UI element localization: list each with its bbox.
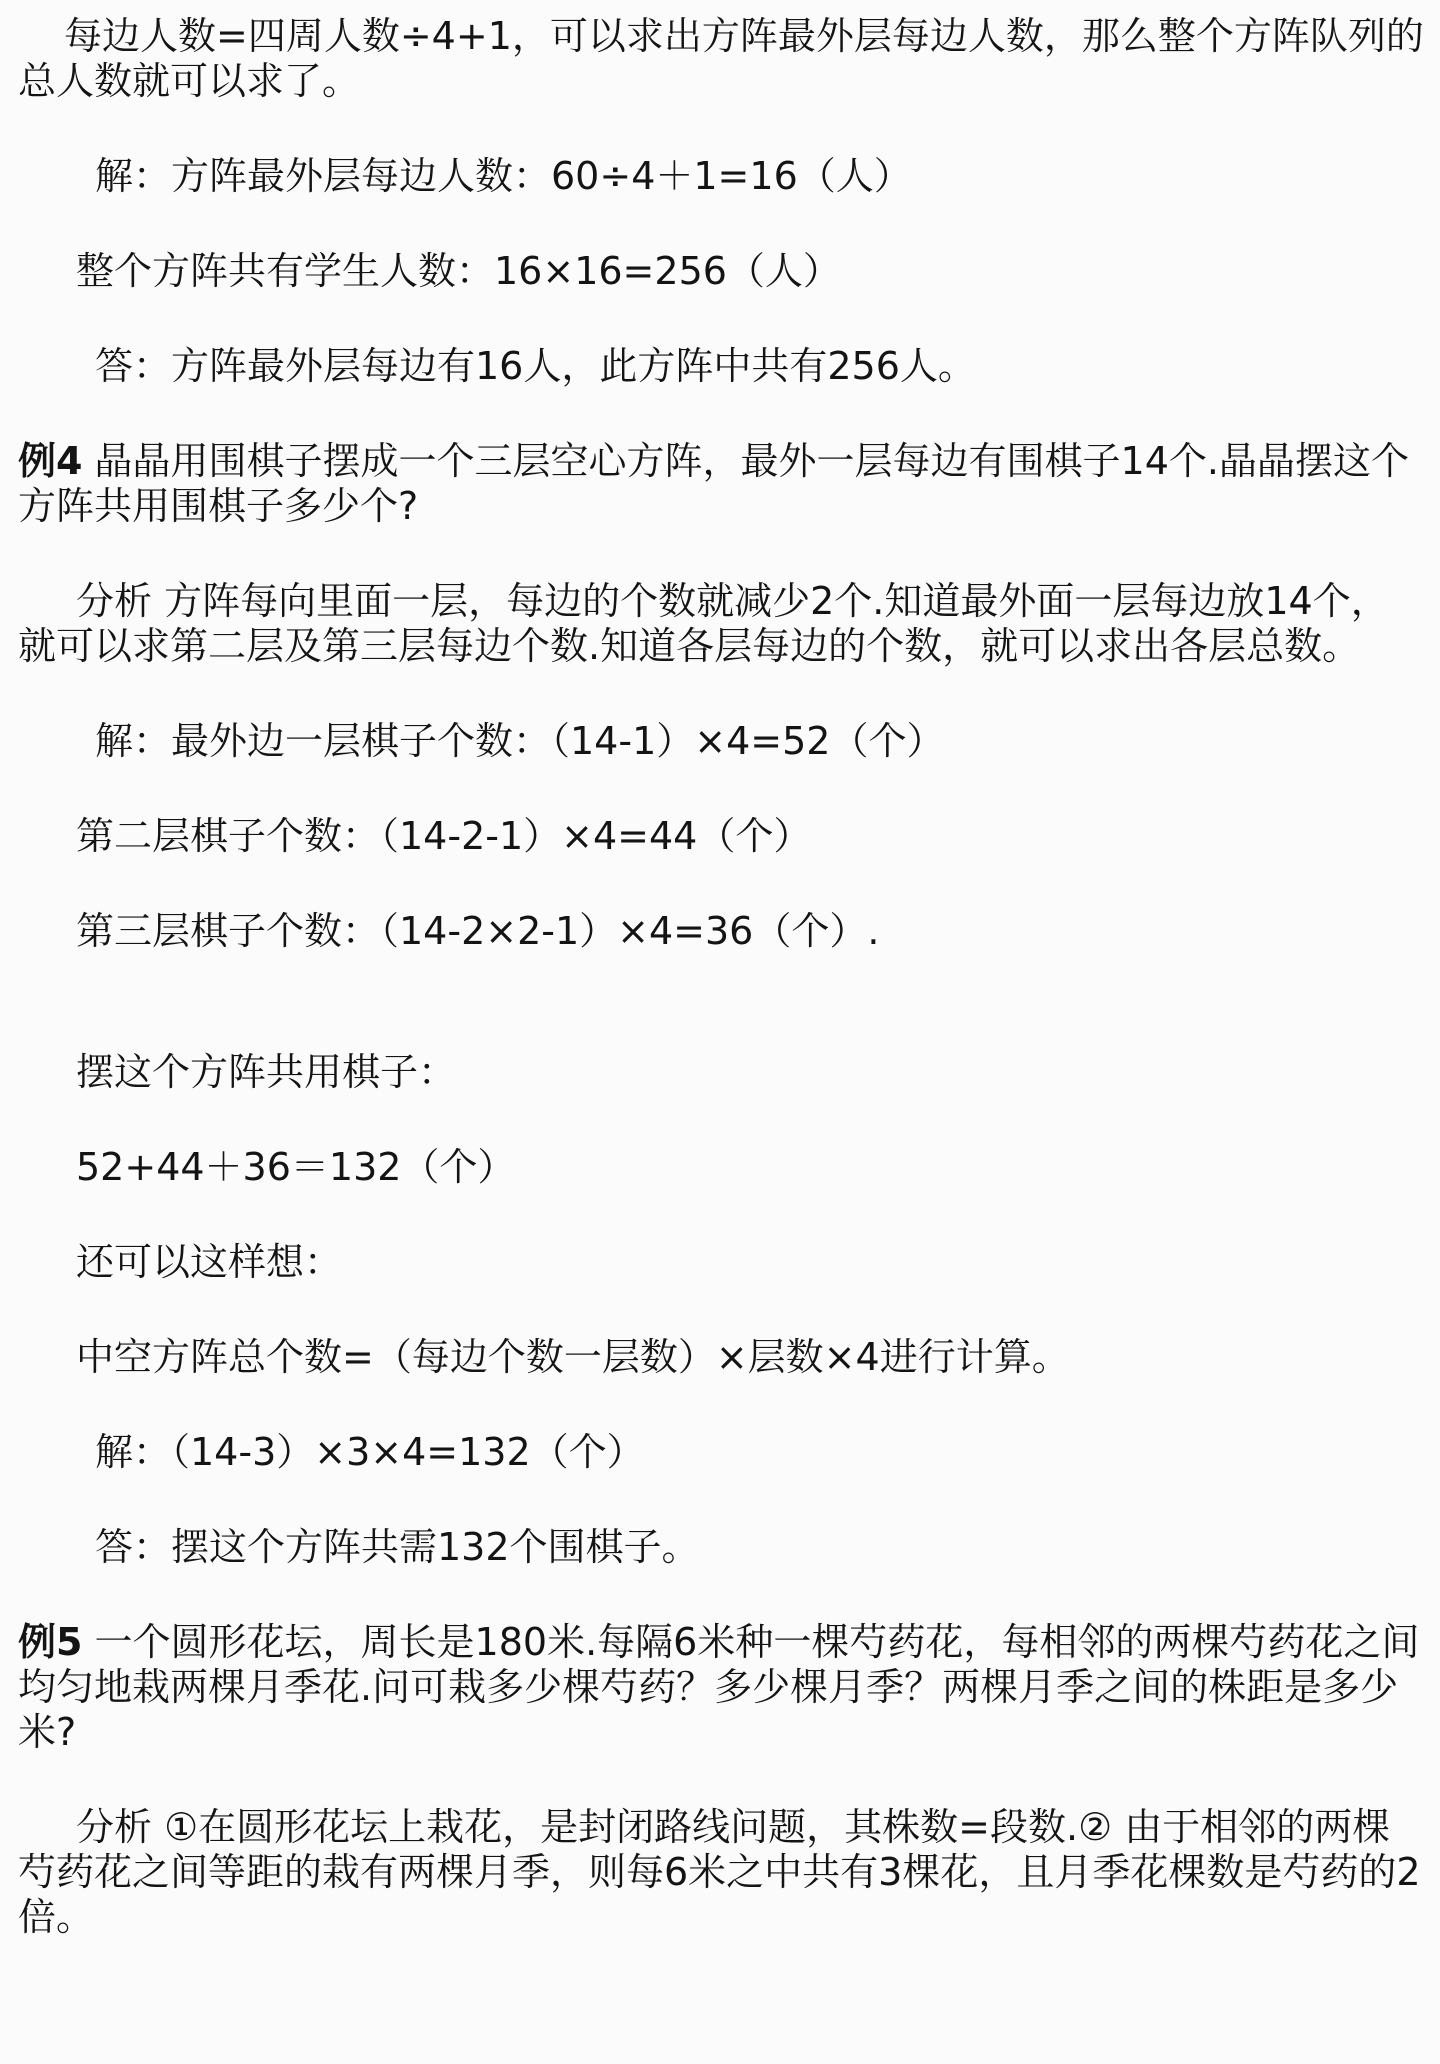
paragraph-text: 分析 方阵每向里面一层，每边的个数就减少2个.知道最外面一层每边放14个，就可以… (18, 579, 1389, 668)
paragraph-text: 解：方阵最外层每边人数：60÷4＋1=16（人） (95, 154, 912, 198)
paragraph-text: 分析 ①在圆形花坛上栽花，是封闭路线问题，其株数=段数.② 由于相邻的两棵芍药花… (18, 1805, 1421, 1939)
paragraph: 解：（14-3）×3×4=132（个） (18, 1430, 1424, 1475)
paragraph: 解：最外边一层棋子个数：（14-1）×4=52（个） (18, 719, 1424, 764)
paragraph: 分析 ①在圆形花坛上栽花，是封闭路线问题，其株数=段数.② 由于相邻的两棵芍药花… (18, 1805, 1424, 1940)
paragraph-text: 晶晶用围棋子摆成一个三层空心方阵，最外一层每边有围棋子14个.晶晶摆这个方阵共用… (18, 439, 1409, 528)
paragraph: 第二层棋子个数：（14-2-1）×4=44（个） (18, 814, 1424, 859)
document-body: 每边人数=四周人数÷4+1，可以求出方阵最外层每边人数，那么整个方阵队列的总人数… (0, 0, 1440, 1980)
paragraph: 例5 一个圆形花坛，周长是180米.每隔6米种一棵芍药花，每相邻的两棵芍药花之间… (18, 1620, 1424, 1755)
example-label: 例5 (18, 1620, 82, 1664)
paragraph: 分析 方阵每向里面一层，每边的个数就减少2个.知道最外面一层每边放14个，就可以… (18, 579, 1424, 669)
paragraph: 整个方阵共有学生人数：16×16=256（人） (18, 249, 1424, 294)
paragraph: 还可以这样想： (18, 1240, 1424, 1285)
paragraph-text: 解：（14-3）×3×4=132（个） (95, 1430, 645, 1474)
paragraph: 第三层棋子个数：（14-2×2-1）×4=36（个）. (18, 909, 1424, 954)
paragraph-text: 第二层棋子个数：（14-2-1）×4=44（个） (76, 814, 811, 858)
paragraph: 答：摆这个方阵共需132个围棋子。 (18, 1525, 1424, 1570)
paragraph: 答：方阵最外层每边有16人，此方阵中共有256人。 (18, 344, 1424, 389)
paragraph-text: 摆这个方阵共用棋子： (76, 1050, 456, 1094)
paragraph-text: 答：方阵最外层每边有16人，此方阵中共有256人。 (95, 344, 976, 388)
paragraph: 每边人数=四周人数÷4+1，可以求出方阵最外层每边人数，那么整个方阵队列的总人数… (18, 14, 1424, 104)
paragraph-text: 解：最外边一层棋子个数：（14-1）×4=52（个） (95, 719, 944, 763)
paragraph-text: 52+44＋36＝132（个） (76, 1145, 515, 1189)
paragraph: 52+44＋36＝132（个） (18, 1145, 1424, 1190)
paragraph: 中空方阵总个数=（每边个数一层数）×层数×4进行计算。 (18, 1335, 1424, 1380)
paragraph: 摆这个方阵共用棋子： (18, 1050, 1424, 1095)
paragraph-text: 中空方阵总个数=（每边个数一层数）×层数×4进行计算。 (76, 1335, 1070, 1379)
paragraph: 例4 晶晶用围棋子摆成一个三层空心方阵，最外一层每边有围棋子14个.晶晶摆这个方… (18, 439, 1424, 529)
example-label: 例4 (18, 439, 82, 483)
paragraph: 解：方阵最外层每边人数：60÷4＋1=16（人） (18, 154, 1424, 199)
paragraph-text: 一个圆形花坛，周长是180米.每隔6米种一棵芍药花，每相邻的两棵芍药花之间均匀地… (18, 1620, 1419, 1754)
paragraph-text: 第三层棋子个数：（14-2×2-1）×4=36（个）. (76, 909, 879, 953)
paragraph-text: 每边人数=四周人数÷4+1，可以求出方阵最外层每边人数，那么整个方阵队列的总人数… (18, 14, 1424, 103)
paragraph-text: 还可以这样想： (76, 1240, 342, 1284)
paragraph-text: 整个方阵共有学生人数：16×16=256（人） (76, 249, 841, 293)
paragraph-text: 答：摆这个方阵共需132个围棋子。 (95, 1525, 700, 1569)
